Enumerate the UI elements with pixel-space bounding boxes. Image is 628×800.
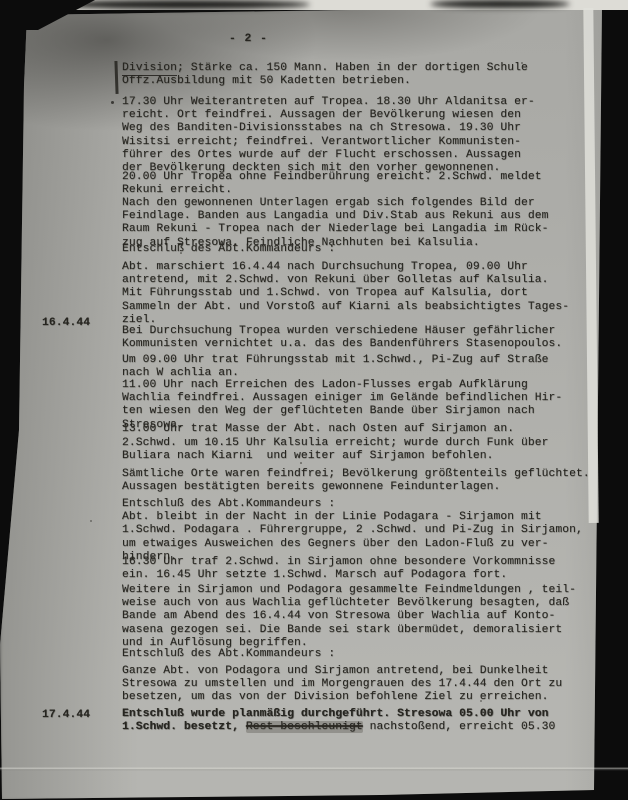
scan-shadow-blob [430, 0, 570, 8]
margin-dot [111, 101, 114, 104]
smudged-words: Rest beschleunigt [246, 721, 363, 733]
para-search-tropea: Bei Durchsuchung Tropea wurden verschied… [122, 325, 562, 351]
para-enemy-picture: Nach den gewonnenen Unterlagen ergab sic… [122, 197, 549, 250]
para-division-rest: ; Stärke ca. 150 Mann. Haben in der dort… [122, 62, 528, 87]
scanned-document-page: - 2 - 16.4.44 17.4.44 Division; Stärke c… [0, 0, 628, 800]
para-18-tail: nachstoßend, erreicht 05.30 [363, 721, 556, 733]
para-orte-feindfrei: Sämtliche Orte waren feindfrei; Bevölker… [122, 468, 590, 494]
para-entschluss-2-nacht: Entschluß des Abt.Kommandeurs : Abt. ble… [122, 498, 583, 564]
underlined-word-division: Division [122, 62, 177, 76]
para-tropea-reached: 20.00 Uhr Tropea ohne Feindberührung ere… [122, 171, 542, 197]
para-feindmeldungen: Weitere in Sirjamon und Podagora gesamme… [122, 584, 576, 650]
para-march-plan: Abt. marschiert 16.4.44 nach Durchsuchun… [122, 261, 569, 327]
page-number: - 2 - [229, 33, 268, 46]
para-2schwd-kalsulia: 2.Schwd. um 10.15 Uhr Kalsulia erreicht;… [122, 437, 549, 463]
scan-shadow-blob [55, 0, 310, 9]
margin-date-17-4-44: 17.4.44 [42, 709, 90, 722]
heading-entschluss-1: Entschluß des Abt.Kommandeurs : [122, 243, 335, 256]
paper-crease [0, 767, 628, 771]
para-1300-sirjamon: 13.00 Uhr trat Masse der Abt. nach Osten… [122, 423, 514, 436]
paper-speck [90, 520, 92, 522]
para-entschluss-durchgefuehrt: Entschluß wurde planmäßig durchgeführt. … [122, 708, 555, 734]
para-1630-eintreffen: 16.30 Uhr traf 2.Schwd. in Sirjamon ohne… [122, 556, 555, 582]
para-0900-fuehrungsstab: Um 09.00 Uhr trat Führungsstab mit 1.Sch… [122, 354, 549, 380]
margin-date-16-4-44: 16.4.44 [42, 317, 90, 330]
para-ganze-abt: Ganze Abt. von Podagora und Sirjamon ant… [122, 665, 562, 705]
heading-entschluss-3: Entschluß des Abt.Kommandeurs : [122, 648, 335, 661]
para-advance-tropea: 17.30 Uhr Weiterantreten auf Tropea. 18.… [122, 96, 535, 175]
para-division-strength: Division; Stärke ca. 150 Mann. Haben in … [122, 62, 528, 88]
